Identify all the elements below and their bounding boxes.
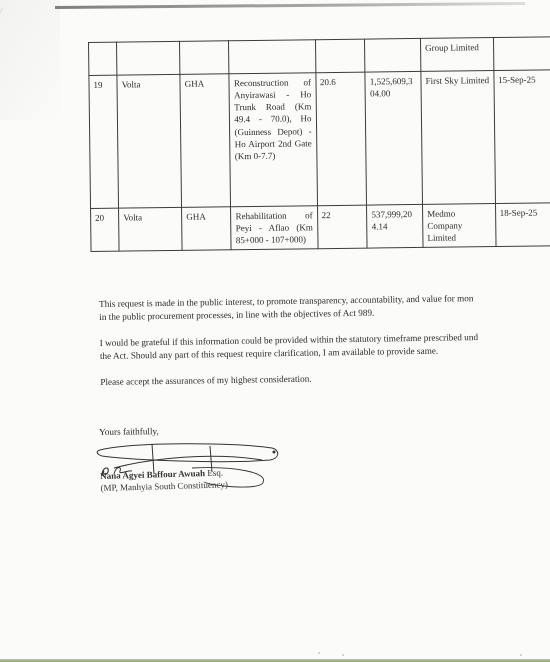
table-row: 20 Volta GHA Rehabilitation of Peyi - Af… [91,203,550,252]
length-cell: 20.6 [315,72,366,206]
table-row-continuation: Group Limited [89,37,550,76]
region-cell: Volta [117,74,182,208]
contractor-cell: First Sky Limited [421,71,495,205]
region-cell: Volta [119,207,183,251]
signatory-block: Nana Agyei Baffour Awuah Esq. (MP, Manhy… [100,466,228,494]
paragraph-assurances: Please accept the assurances of my highe… [100,369,550,389]
signatory-suffix: Esq. [207,468,223,478]
paper-speck [318,652,320,654]
page-top-edge [55,2,525,9]
date-cell: 15-Sep-25 [493,70,550,204]
paragraph-request-timeframe: I would be grateful if this information … [100,330,550,363]
supplier-continuation-cell: Group Limited [421,38,494,72]
page-fold-shadow [0,0,60,120]
contractor-cell: Medmo Company Limited [423,204,496,248]
project-cell: Rehabilitation of Peyi - Aflao (Km 85+00… [231,206,318,250]
letter-body: This request is made in the public inter… [99,291,550,402]
length-cell: 22 [317,205,367,249]
row-number: 20 [91,208,120,252]
entity-cell: GHA [180,74,231,208]
paragraph-public-interest: This request is made in the public inter… [99,291,550,324]
paper-speck [342,654,344,656]
row-number: 19 [89,75,119,208]
closing-salutation: Yours faithfully, [99,426,159,437]
contract-sum-cell: 1,525,609,304.00 [365,71,422,205]
signatory-title: (MP, Manhyia South Constituency) [100,478,228,494]
table-row: 19 Volta GHA Reconstruction of Anyirawas… [89,70,550,209]
contract-sum-cell: 537,999,204.14 [367,204,423,248]
entity-cell: GHA [182,207,232,251]
date-cell: 18-Sep-25 [495,203,550,247]
contracts-table: Group Limited 19 Volta GHA Reconstructio… [88,36,550,252]
project-cell: Reconstruction of Anyirawasi - Ho Trunk … [229,73,317,207]
paper-speck [520,654,522,656]
